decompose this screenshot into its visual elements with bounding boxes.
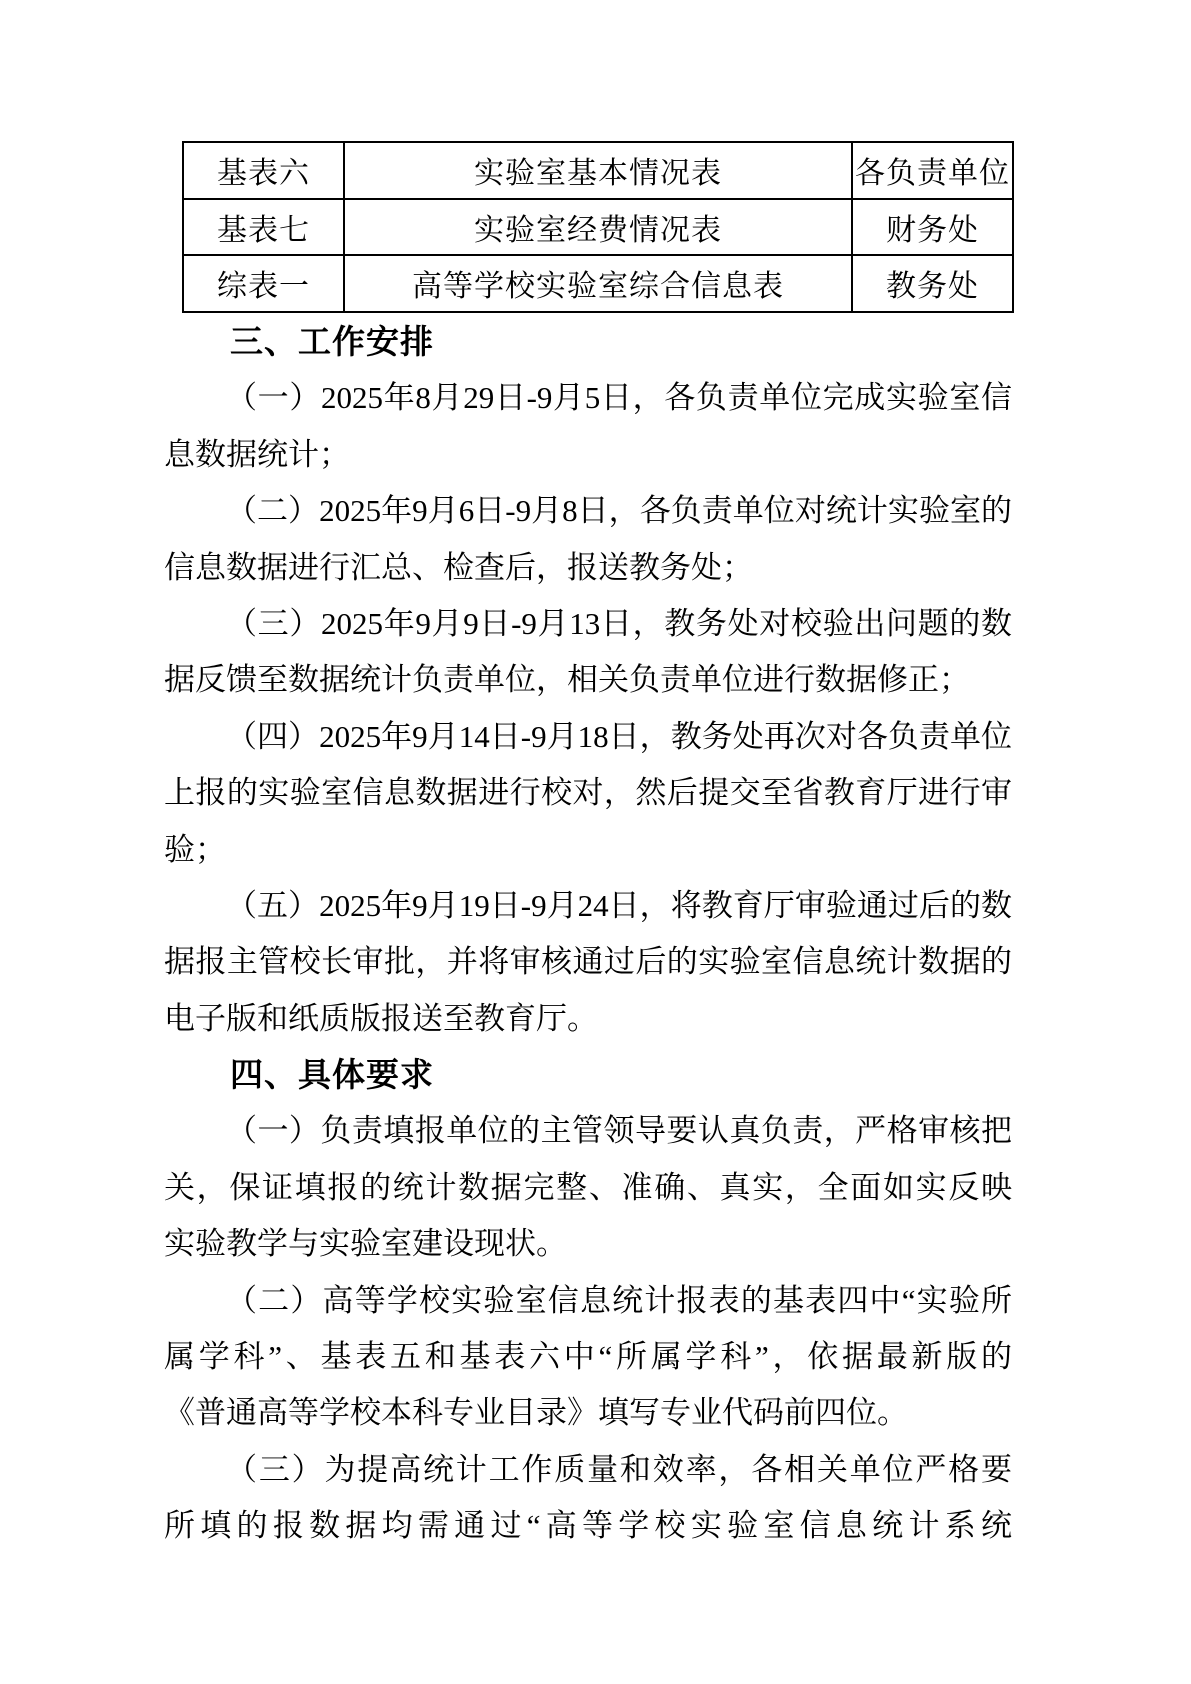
document-page: 基表六 实验室基本情况表 各负责单位 基表七 实验室经费情况表 财务处 综表一 … — [0, 0, 1191, 1684]
form-name-cell: 实验室经费情况表 — [344, 199, 852, 256]
paragraph-line: （三）2025年9月9日-9月13日，教务处对校验出问题的数 — [164, 596, 1012, 652]
form-code-cell: 基表七 — [183, 199, 344, 256]
paragraph-line: 验； — [164, 822, 1012, 878]
section-heading-work-arrangement: 三、工作安排 — [164, 314, 1012, 370]
paragraph-line: （一）2025年8月29日-9月5日，各负责单位完成实验室信 — [164, 370, 1012, 426]
paragraph-line: 《普通高等学校本科专业目录》填写专业代码前四位。 — [164, 1385, 1012, 1441]
paragraph-line: 关，保证填报的统计数据完整、准确、真实，全面如实反映 — [164, 1160, 1012, 1216]
table-row: 基表七 实验室经费情况表 财务处 — [183, 199, 1013, 256]
table-row: 综表一 高等学校实验室综合信息表 教务处 — [183, 255, 1013, 312]
form-code-cell: 基表六 — [183, 142, 344, 199]
paragraph-line: 属学科”、基表五和基表六中“所属学科”，依据最新版的 — [164, 1329, 1012, 1385]
paragraph-line: 息数据统计； — [164, 427, 1012, 483]
paragraph-line: （一）负责填报单位的主管领导要认真负责，严格审核把 — [164, 1103, 1012, 1159]
responsible-unit-cell: 各负责单位 — [852, 142, 1013, 199]
paragraph-line: （二）2025年9月6日-9月8日，各负责单位对统计实验室的 — [164, 483, 1012, 539]
form-code-cell: 综表一 — [183, 255, 344, 312]
section-heading-specific-requirements: 四、具体要求 — [164, 1047, 1012, 1103]
paragraph-line: 据报主管校长审批，并将审核通过后的实验室信息统计数据的 — [164, 934, 1012, 990]
paragraph-line: 所填的报数据均需通过“高等学校实验室信息统计系统 — [164, 1498, 1012, 1554]
paragraph-line: 电子版和纸质版报送至教育厅。 — [164, 991, 1012, 1047]
paragraph-line: 实验教学与实验室建设现状。 — [164, 1216, 1012, 1272]
table-row: 基表六 实验室基本情况表 各负责单位 — [183, 142, 1013, 199]
document-body: 三、工作安排 （一）2025年8月29日-9月5日，各负责单位完成实验室信 息数… — [164, 314, 1012, 1555]
responsible-unit-cell: 财务处 — [852, 199, 1013, 256]
paragraph-line: 据反馈至数据统计负责单位，相关负责单位进行数据修正； — [164, 652, 1012, 708]
paragraph-line: （三）为提高统计工作质量和效率，各相关单位严格要求， — [164, 1442, 1012, 1498]
forms-responsibility-table: 基表六 实验室基本情况表 各负责单位 基表七 实验室经费情况表 财务处 综表一 … — [182, 141, 1014, 313]
form-name-cell: 高等学校实验室综合信息表 — [344, 255, 852, 312]
paragraph-line: （四）2025年9月14日-9月18日，教务处再次对各负责单位 — [164, 709, 1012, 765]
paragraph-line: 信息数据进行汇总、检查后，报送教务处； — [164, 540, 1012, 596]
form-name-cell: 实验室基本情况表 — [344, 142, 852, 199]
paragraph-line: 上报的实验室信息数据进行校对，然后提交至省教育厅进行审 — [164, 765, 1012, 821]
responsible-unit-cell: 教务处 — [852, 255, 1013, 312]
paragraph-line: （五）2025年9月19日-9月24日，将教育厅审验通过后的数 — [164, 878, 1012, 934]
paragraph-line: （二）高等学校实验室信息统计报表的基表四中“实验所 — [164, 1273, 1012, 1329]
